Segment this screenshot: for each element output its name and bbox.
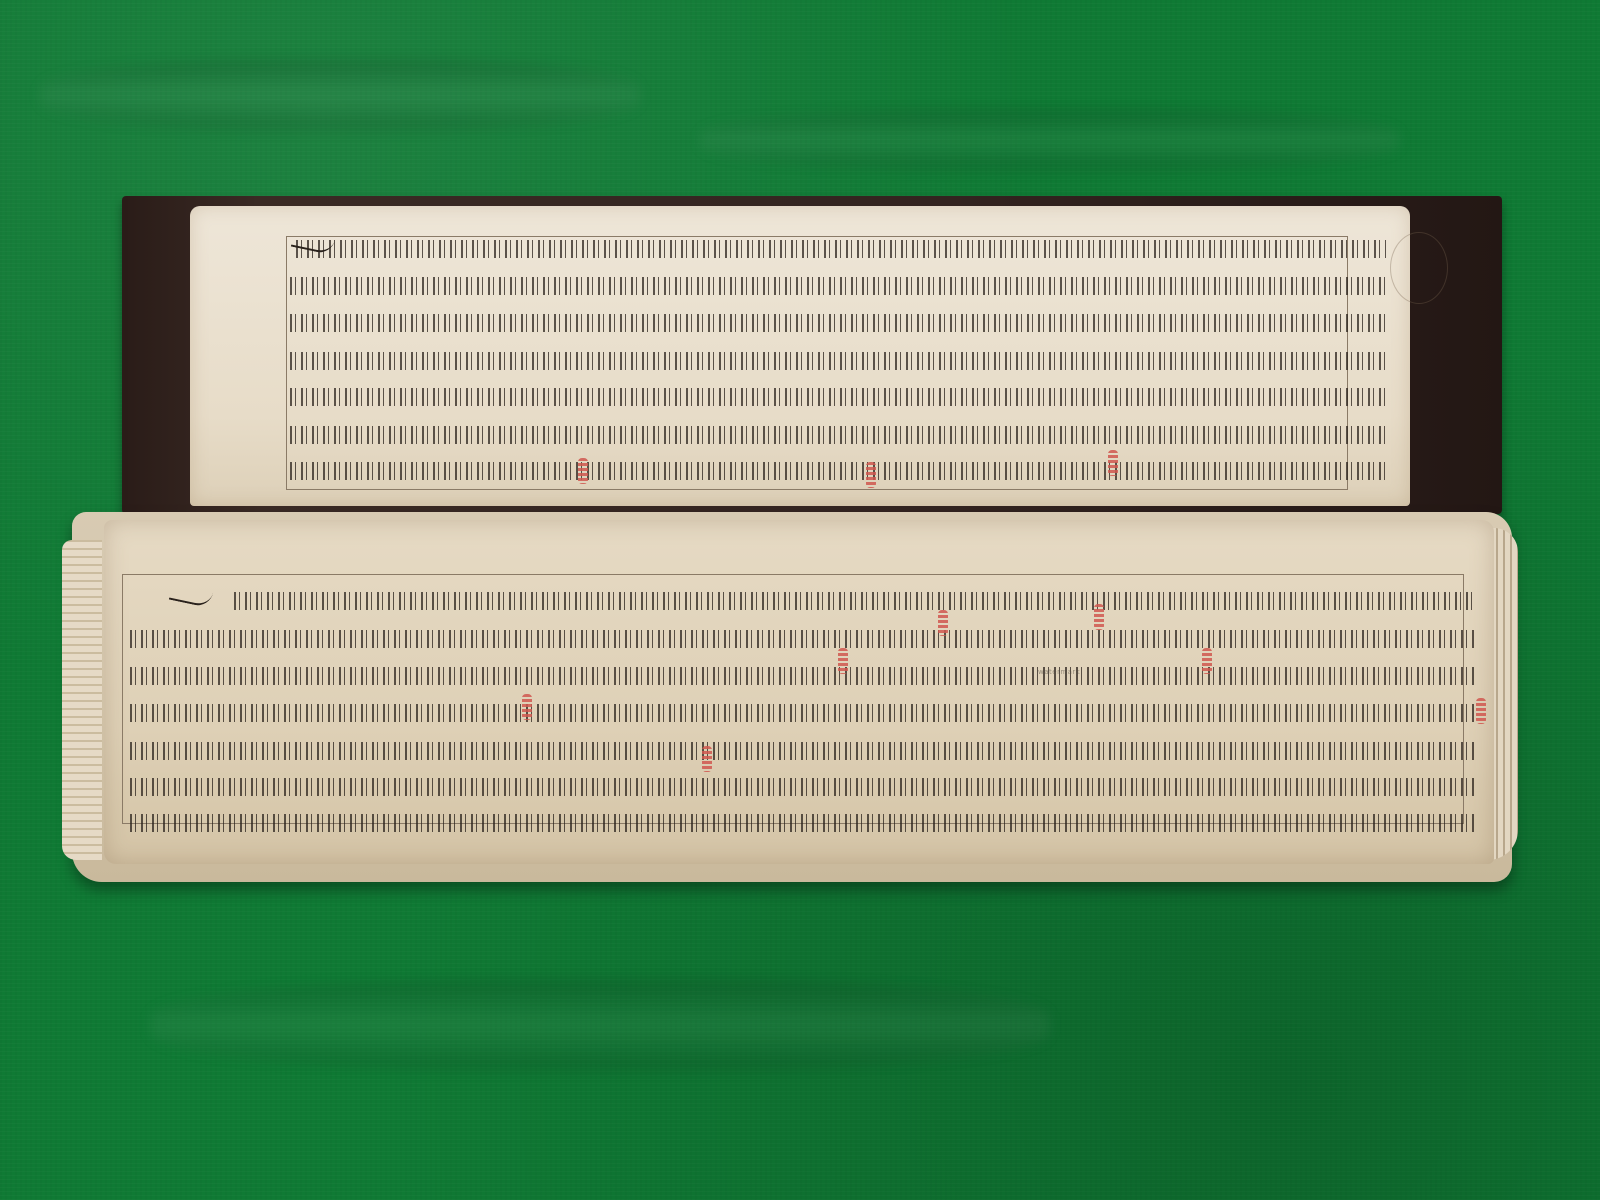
upper-line: [296, 238, 1386, 258]
rubric-mark: [938, 610, 948, 636]
rubric-mark: [1476, 698, 1486, 724]
rubric-mark: [1202, 648, 1212, 674]
upper-line: [290, 350, 1386, 370]
lower-line: [234, 590, 1474, 610]
lower-line: [130, 740, 1474, 760]
faint-seal: [1390, 232, 1448, 304]
lower-line: [130, 776, 1474, 796]
lower-line: [130, 702, 1474, 722]
rubric-mark: [522, 694, 532, 720]
upper-line: [290, 312, 1386, 332]
upper-line: [290, 386, 1386, 406]
upper-line: [290, 275, 1386, 295]
cloth-fold: [40, 60, 640, 130]
rubric-mark: [1094, 604, 1104, 630]
rubric-mark: [1108, 450, 1118, 476]
rubric-mark: [578, 458, 588, 484]
upper-line: [290, 424, 1386, 444]
lower-line: [130, 665, 1474, 685]
cloth-fold: [150, 980, 1050, 1070]
watermark: watermark: [1038, 668, 1080, 676]
lower-line: [130, 628, 1474, 648]
upper-line: [290, 460, 1386, 480]
rubric-mark: [866, 462, 876, 488]
frayed-edge: [62, 540, 102, 860]
rubric-mark: [838, 648, 848, 674]
rubric-mark: [702, 746, 712, 772]
cloth-fold: [700, 110, 1400, 170]
lower-line: [130, 812, 1474, 832]
